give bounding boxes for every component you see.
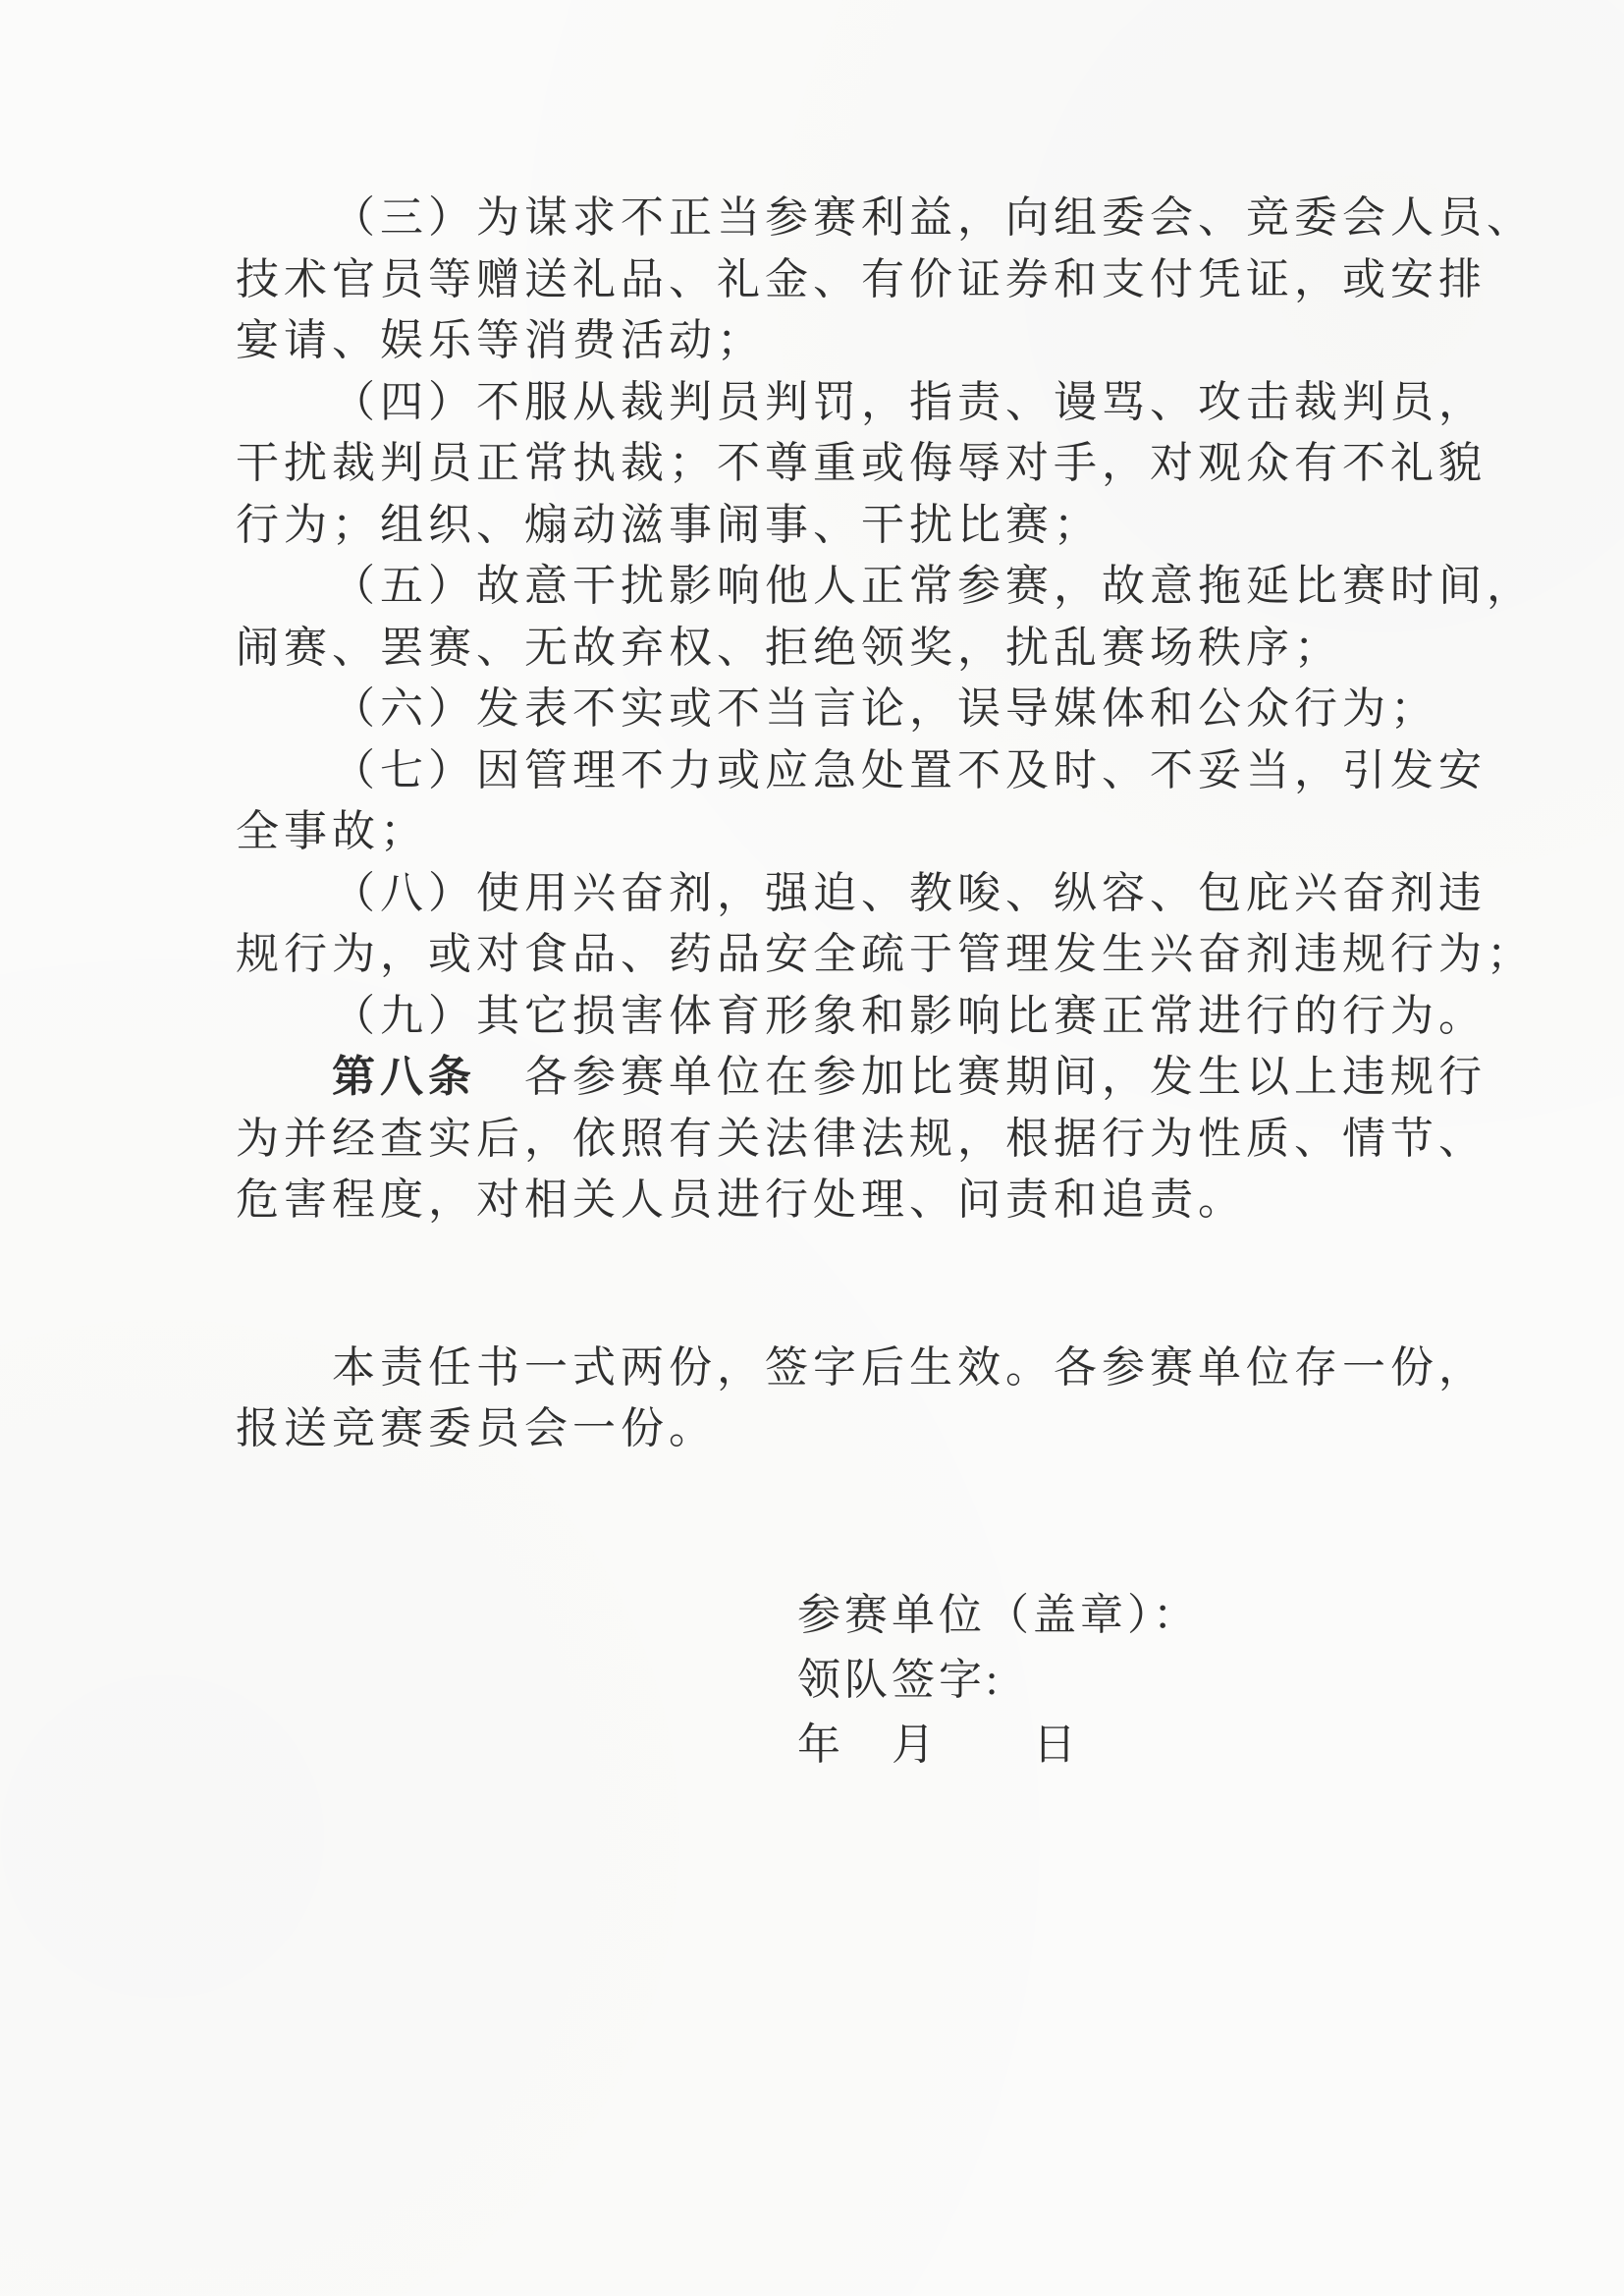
document-body: （三）为谋求不正当参赛利益，向组委会、竞委会人员、 技术官员等赠送礼品、礼金、有…	[236, 188, 1404, 1460]
clause8-number: 第八条	[332, 1053, 476, 1101]
text-line: （八）使用兴奋剂，强迫、教唆、纵容、包庇兴奋剂违	[236, 863, 1404, 925]
scanned-document-page: （三）为谋求不正当参赛利益，向组委会、竞委会人员、 技术官员等赠送礼品、礼金、有…	[0, 0, 1624, 2296]
closing-line: 报送竞赛委员会一份。	[236, 1398, 1404, 1460]
signature-block: 参赛单位（盖章）： 领队签字: 年 月 日	[797, 1583, 1200, 1777]
text-line: 危害程度，对相关人员进行处理、问责和追责。	[236, 1170, 1404, 1231]
signature-unit-seal-label: 参赛单位（盖章）：	[797, 1583, 1200, 1648]
text-line: （三）为谋求不正当参赛利益，向组委会、竞委会人员、	[236, 188, 1404, 249]
text-line: 闹赛、罢赛、无故弃权、拒绝领奖，扰乱赛场秩序；	[236, 618, 1404, 680]
closing-line: 本责任书一式两份，签字后生效。各参赛单位存一份，	[236, 1338, 1404, 1399]
text-line: 宴请、娱乐等消费活动；	[236, 310, 1404, 372]
text-line: （七）因管理不力或应急处置不及时、不妥当，引发安	[236, 740, 1404, 802]
text-line: 为并经查实后，依照有关法律法规，根据行为性质、情节、	[236, 1109, 1404, 1171]
signature-leader-sign-label: 领队签字:	[797, 1648, 1200, 1713]
text-line-clause8: 第八条 各参赛单位在参加比赛期间，发生以上违规行	[236, 1047, 1404, 1109]
text-line: 行为；组织、煽动滋事闹事、干扰比赛；	[236, 495, 1404, 557]
text-line: （五）故意干扰影响他人正常参赛，故意拖延比赛时间，	[236, 556, 1404, 618]
text-line: （六）发表不实或不当言论，误导媒体和公众行为；	[236, 679, 1404, 740]
text-line: （四）不服从裁判员判罚，指责、谩骂、攻击裁判员，	[236, 372, 1404, 434]
text-line: 技术官员等赠送礼品、礼金、有价证券和支付凭证，或安排	[236, 249, 1404, 311]
signature-date-label: 年 月 日	[797, 1713, 1200, 1777]
text-line: 全事故；	[236, 801, 1404, 863]
text-line: （九）其它损害体育形象和影响比赛正常进行的行为。	[236, 986, 1404, 1048]
text-line: 规行为，或对食品、药品安全疏于管理发生兴奋剂违规行为；	[236, 924, 1404, 986]
text-line: 干扰裁判员正常执裁；不尊重或侮辱对手，对观众有不礼貌	[236, 433, 1404, 495]
clause8-text: 各参赛单位在参加比赛期间，发生以上违规行	[476, 1053, 1487, 1101]
paragraph-spacer	[236, 1231, 1404, 1338]
